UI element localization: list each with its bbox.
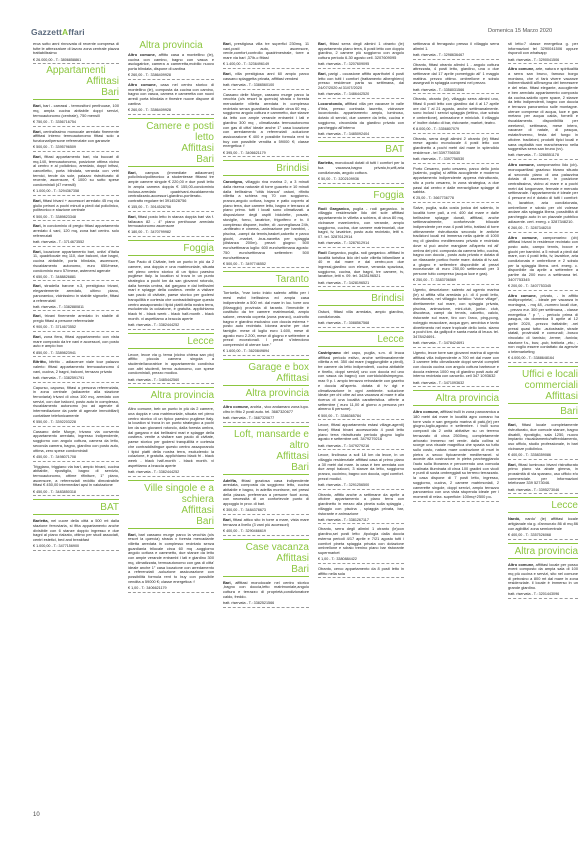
classified-ad: Cassano delle Murge, trivano via convent…: [33, 428, 119, 462]
ad-price-phone: € 1.600,00 - T.: 3620849894: [223, 349, 309, 354]
ad-body: Otranto, fittasi otranto alimini 1 - ang…: [413, 63, 499, 87]
classified-ad: Altro comune, campomarino lido (cb)- mon…: [508, 161, 578, 232]
ad-body: Porto Cesareo, porto cesareo, parco dell…: [413, 167, 499, 195]
section-heading: Camere e posti letto: [128, 118, 214, 143]
column-3: Bari, prestigiosa villa tre superfici 23…: [223, 40, 309, 609]
ad-body: Lecce, fittasi appartamento estasi villa…: [318, 423, 404, 442]
ad-price-phone: tratt. riservata - T.: 3381267117: [318, 518, 404, 523]
ad-text: Garganico, puglia- rodi garganico. affit…: [318, 250, 404, 279]
classified-ad: settimana di ferragosto presso il villag…: [413, 40, 499, 60]
ad-price-phone: € 500,00 - T.: 3497746552: [223, 262, 309, 267]
ad-body: Otranto, serra degli alimini 1 otranto (…: [318, 527, 404, 555]
ad-body: Barletta, monolocali dotati di tutti i c…: [318, 161, 404, 175]
ad-body: Bari, fittasi appartamento bari, via buc…: [33, 155, 119, 188]
ad-body: Altro comune, beb un punto in più da 2 c…: [128, 407, 214, 468]
section-heading: Bari: [33, 87, 119, 100]
ad-price-phone: € 260,00 - T.: 3287348210: [508, 226, 578, 231]
ad-text: affittasi monolocale nel centro storico …: [223, 580, 309, 599]
ad-body: Lecce, lecce via g. tema (vicino chiesa …: [128, 353, 214, 377]
ad-text: fittasi serra degli alimini 1 otranto (l…: [318, 41, 404, 60]
ad-body: Bari, fittasi locale completamente ristr…: [508, 423, 578, 451]
ad-price-phone: € 550,00 - T.: 3392203228: [33, 420, 119, 425]
ad-text: centralissimo monocale arredato finement…: [33, 129, 119, 143]
classified-ad: Bari, in condominio di pregio fittasi ap…: [33, 222, 119, 246]
ad-text: campus (immediate adiacenze) policlinico…: [128, 170, 214, 203]
ad-price-phone: tratt. riservata - T.: 3207609095: [318, 62, 404, 67]
ad-body: Bari, fittasi bivani + accessori arredat…: [33, 199, 119, 213]
classified-ad: Otranto, affitto anche a settimane da ap…: [318, 491, 404, 525]
section-heading: Foggia: [128, 240, 214, 256]
ad-body: settimana di ferragosto presso il villag…: [413, 42, 499, 51]
section-heading: Bari: [128, 516, 214, 529]
ad-price-phone: tratt. riservata - T.: 3358031566: [413, 88, 499, 93]
ad-price-phone: tratt. riservata - T.: 3287612914: [318, 241, 404, 246]
ad-price-phone: € 450,00 - T.: 3498071708: [33, 455, 119, 460]
ad-text: Triggiano, triggiano via bari, ampio tri…: [33, 464, 119, 488]
classified-ad: Altro comune, campomarino (cb) affittasi…: [508, 234, 578, 291]
ad-text: zona fiera, fittasi appartamento con vis…: [33, 334, 119, 348]
classified-ad: Bari, affittasi monolocale nel centro st…: [223, 579, 309, 608]
classified-ad: Lecce, fittasi appartamento estasi villa…: [318, 421, 404, 450]
classified-ad: erca sotto anni rinnovata di recente com…: [33, 40, 119, 64]
ad-body: Altro comune, campomarino lido (cb)- mon…: [508, 163, 578, 224]
ad-body: Torricella, "mar ionio inizio salento af…: [223, 291, 309, 347]
ad-text: Ostuni, fittasi villa arredata, ampio gi…: [318, 309, 404, 319]
column-5: settimana di ferragosto presso il villag…: [413, 40, 499, 503]
ad-body: Altro comune, affitto casa a montellino …: [128, 53, 214, 72]
ad-body: Bari, parigi - occasione affitto apartho…: [318, 72, 404, 91]
ad-text: villaggio riva marina 2, a 3 minuti dall…: [223, 179, 309, 259]
classified-ad: Ugento, lecce torre san giovanni marina …: [413, 349, 499, 387]
ad-text: Otranto, fittasi otranto alimini 1 - ang…: [413, 62, 499, 86]
ad-body: Bari, zona fiera, fittasi appartamento c…: [33, 335, 119, 349]
classified-ad: Castrignano del capo, puglia, s.m. di le…: [318, 349, 404, 420]
classified-ad: Otranto, serra degli alimini 1 otranto (…: [318, 525, 404, 563]
ad-price-phone: € 395,00 - T.: 3406621179: [223, 151, 309, 156]
classified-ad: sti letto:7 classe energetica g. per inf…: [508, 40, 578, 64]
ad-text: del capo, puglia, s.m. di leuca affittas…: [318, 350, 404, 411]
ad-body: Bari, prestigiosa villa tre superfici 23…: [223, 42, 309, 61]
classified-ad: Altro comune, affittasi locale per posso…: [508, 561, 578, 599]
ad-body: Bari, fittasi serra degli alimini 1 otra…: [318, 42, 404, 61]
classified-ad: Locorotondo, affittasi villa per vacanze…: [318, 100, 404, 138]
ad-price-phone: € 200,00 - T.: 3407753345: [508, 284, 578, 289]
ad-body: Bitritto, bitritto - adiacenze viale tou…: [33, 360, 119, 374]
ad-body: Altro comune, andria , vico andamaro zon…: [223, 405, 309, 414]
ad-body: erca sotto anni rinnovata di recente com…: [33, 42, 119, 56]
classified-ad: Altro comune, casa nel centro storico di…: [128, 81, 214, 115]
ad-text: fittasi luminoso bivani ristrutturato pr…: [508, 462, 578, 486]
ad-price-phone: tratt. riservata - T.: 3386560100: [223, 83, 309, 88]
section-heading: Bari: [223, 462, 309, 475]
classified-ad: Bari, fittasi locale completamente ristr…: [508, 421, 578, 459]
ad-body: Barletta, nel cuore della città a 500 mt…: [33, 519, 119, 543]
ad-price-phone: € 1,00 - T.: 3406621179: [128, 586, 214, 591]
ad-body: Castrignano del capo, puglia, s.m. di le…: [318, 351, 404, 412]
ad-text: affittasi villa per vacanze in valle d'i…: [318, 101, 404, 130]
ad-price-phone: tratt. riservata - T.: 3382521566: [223, 601, 309, 606]
ad-price-phone: tratt. riservata - T.: 3382591791: [33, 376, 119, 381]
classified-ad: Otranto, otranto (le), villaggio serra a…: [413, 95, 499, 133]
classified-ad: Bitritto, bitritto - adiacenze viale tou…: [33, 358, 119, 382]
classified-ad: Bari, fittasi attico sito in torre a mar…: [223, 516, 309, 536]
ad-price-phone: € 400,00 - T.: 3290466619: [223, 529, 309, 534]
ad-body: Bari, campus (immediate adiacenze) polic…: [128, 171, 214, 204]
section-heading: BAT: [318, 141, 404, 157]
classified-ad: Altro comune, privato, - in affitto mult…: [508, 292, 578, 363]
ad-body: Rodi Garganico, puglia - rodi garganico.…: [318, 207, 404, 240]
classified-ad: Altro comune, beb un punto in più da 2 c…: [128, 405, 214, 476]
ad-body: Altro comune, campomarino (cb) affittasi…: [508, 236, 578, 283]
ad-text: Ugento, lecce torre san giovanni marina …: [413, 350, 499, 379]
section-heading: Garage e box: [223, 359, 309, 373]
section-heading: Altra provincia: [413, 390, 499, 406]
classified-ad: Capurso, capurso, fittasi a persona refe…: [33, 384, 119, 427]
ad-price-phone: tratt. riservata - T.: 3486442520: [318, 92, 404, 97]
ad-body: Adelfia, fittasi graziosa casa indipende…: [223, 479, 309, 507]
classified-ad: Otranto, cerco appartamento da 8 posti l…: [318, 565, 404, 578]
ad-body: Ugento, lecce torre san giovanni marina …: [413, 351, 499, 379]
classified-ad: Otranto, serra degli alimini 2 otranto (…: [413, 135, 499, 164]
classified-ad: Bari, fittasi posto letto in stanza dopp…: [128, 213, 214, 237]
ad-price-phone: tratt. riservata - T.: 3088567568: [318, 321, 404, 326]
ad-body: Bari, in condominio di pregio fittasi ap…: [33, 224, 119, 238]
classified-ad: Cassano delle Murge, cassano murge parco…: [223, 91, 309, 158]
classified-ad: Bari, zona fiera, fittasi appartamento c…: [33, 333, 119, 357]
ad-body: Nardò, nardo' (le) affittasi locale arti…: [508, 517, 578, 531]
classified-ad: Carovigno, villaggio riva marina 2, a 3 …: [223, 178, 309, 268]
ad-price-phone: tratt. riservata - T.: 3298636467: [413, 53, 499, 58]
ad-text: Ugento, descrizione: salento ad ugento m…: [413, 287, 499, 339]
ad-body: Lecce, lindinuso a soli 18 km da lecce, …: [318, 453, 404, 481]
ad-body: Bari, locazione appartamento bari, unita…: [33, 250, 119, 274]
section-heading: Altra provincia: [128, 387, 214, 403]
ad-text: privato, - in affitto multiproprieta', -…: [508, 293, 578, 354]
section-heading: Affittasi: [223, 373, 309, 386]
ad-price-phone: tratt. riservata - T.: 3290041506: [508, 58, 578, 63]
logo-text-pre: Gazzett: [31, 27, 62, 37]
section-heading: Appartamenti: [33, 65, 119, 76]
ad-price-phone: tratt. riservata - T.: 3485092404: [318, 132, 404, 137]
ad-body: Bari, trivani finemente arredato in stab…: [33, 314, 119, 323]
section-heading: Altra provincia: [223, 388, 309, 401]
ad-text: prestigiosa villa tre superfici 230mq, 1…: [223, 41, 309, 60]
ad-text: bari cassano murge parco la vecchia (o/s…: [128, 532, 214, 584]
section-heading: Taranto: [223, 271, 309, 287]
column-1: erca sotto anni rinnovata di recente com…: [33, 40, 119, 552]
ad-text: settimana di ferragosto presso il villag…: [413, 41, 499, 51]
ad-price-phone: € 250,00 - T.: 3383706569: [413, 278, 499, 283]
section-heading: BAT: [33, 499, 119, 515]
ad-price-phone: € 8.000,00 - T.: 3356807079: [413, 127, 499, 132]
ad-body: Altro comune, privato, - in affitto mult…: [508, 294, 578, 355]
ad-price-phone: € 500,00 - T.: 3389823348: [33, 215, 119, 220]
classified-ad: Bari, centralissimo monocale arredato fi…: [33, 128, 119, 152]
ad-body: Altro comune, casa nel centro storico di…: [128, 83, 214, 107]
ad-text: Lecce, fittasi appartamento estasi villa…: [318, 422, 404, 441]
classified-ad: Otranto, fittasi otranto alimini 1 - ang…: [413, 61, 499, 95]
classified-ad: Bari, prestigiosa villa tre superfici 23…: [223, 40, 309, 69]
ad-price-phone: € 260,00 - T.: 3386409928: [128, 73, 214, 78]
section-heading: Bari: [223, 564, 309, 577]
ad-body: Otranto, serra degli alimini 2 otranto (…: [413, 137, 499, 156]
ad-text: locazione appartamento bari, unita' d'it…: [33, 249, 119, 273]
ad-price-phone: € 1.400,00 - T.: 3236496149: [223, 62, 309, 67]
ad-body: Salve, puglia, sulla costa jonica del sa…: [413, 206, 499, 277]
ad-body: Cassano delle Murge, cassano murge parco…: [223, 93, 309, 149]
ad-body: Ugento, descrizione: salento ad ugento m…: [413, 288, 499, 340]
ad-price-phone: tratt. riservata - T.: 3201443096: [508, 592, 578, 597]
classified-ad: Rodi Garganico, puglia- rodi garganico. …: [318, 249, 404, 287]
ad-text: stradella barone n.3, prestigioso trivan…: [33, 283, 119, 302]
ad-body: Bari, fittasi luminoso bivani ristruttur…: [508, 463, 578, 487]
ad-text: parigi - occasione affitto aparthotel 4 …: [318, 71, 404, 90]
section-heading: Affittasi: [128, 505, 214, 516]
ad-price-phone: tratt. riservata - T.: 3382444252: [128, 323, 214, 328]
ad-body: Bari, affittasi monolocale nel centro st…: [223, 581, 309, 600]
ad-body: Otranto, cerco appartamento da 8 posti l…: [318, 567, 404, 576]
section-heading: Loft, mansarde e altro: [223, 426, 309, 451]
ad-body: Altro comune, affittasi trulli in zona p…: [413, 410, 499, 499]
ad-text: Altro comune, beb un punto in più da 2 c…: [128, 406, 214, 467]
ad-price-phone: € 180,00 - T.: 3470799982: [128, 230, 214, 235]
section-heading: Brindisi: [318, 290, 404, 306]
ad-text: sti letto:7 classe energetica g. per inf…: [508, 41, 578, 55]
section-heading: Affittasi: [33, 76, 119, 87]
classified-ad: Salve, puglia, sulla costa jonica del sa…: [413, 204, 499, 285]
ad-price-phone: € 260,00 - T.: 3386409928: [128, 108, 214, 113]
classified-ad: Bari, stradella barone n.3, prestigioso …: [33, 282, 119, 311]
ad-price-phone: € 26.000,00 - T.: 3806858861: [33, 58, 119, 63]
ad-body: Bari, fittasi attico sito in torre a mar…: [223, 518, 309, 527]
section-heading: Affittasi: [508, 391, 578, 404]
ad-text: Lecce, lindinuso a soli 18 km da lecce, …: [318, 452, 404, 481]
ad-price-phone: € 900,00 - T.: 3714673552: [33, 325, 119, 330]
ad-body: sti letto:7 classe energetica g. per inf…: [508, 42, 578, 56]
ad-text: fittasi bivani + accessori arredato 45 m…: [33, 198, 119, 212]
logo-text-post: ffari: [68, 27, 85, 37]
classified-ad: Porto Cesareo, porto cesareo, parco dell…: [413, 165, 499, 203]
ad-body: Triggiano, triggiano via bari, ampio tri…: [33, 465, 119, 489]
ad-price-phone: € 1.000,00 - T.: 3294367358: [33, 189, 119, 194]
ad-body: Otranto, affitto anche a settimane da ap…: [318, 493, 404, 517]
classified-ad: Bari, fittasi bivani + accessori arredat…: [33, 197, 119, 221]
classified-ad: Triggiano, triggiano via bari, ampio tri…: [33, 463, 119, 497]
ad-price-phone: tratt. riservata - T.: 3471093632: [413, 381, 499, 386]
ad-body: Cassano delle Murge, trivano via convent…: [33, 430, 119, 454]
ad-text: arte, natura e spiritualità a serra san …: [508, 66, 578, 151]
ad-text: erca sotto anni rinnovata di recente com…: [33, 41, 119, 55]
ad-text: campomarino (cb) affittasi bivani in res…: [508, 235, 578, 282]
section-heading: Altra provincia: [508, 543, 578, 559]
ad-price-phone: tratt. riservata - T.: 3397756530: [413, 157, 499, 162]
ad-text: bari - carrassi - termosifoni penthouse,…: [33, 103, 119, 117]
classified-ad: Nardò, nardo' (le) affittasi locale arti…: [508, 515, 578, 539]
classified-ad: Bari, bari cassano murge parco la vecchi…: [128, 531, 214, 593]
ad-body: Bari, bari cassano murge parco la vecchi…: [128, 533, 214, 585]
classified-ad: Torricella, "mar ionio inizio salento af…: [223, 289, 309, 356]
column-2: Altra provinciaAltro comune, affitto cas…: [128, 40, 214, 594]
classified-ad: Bari, trivani finemente arredato in stab…: [33, 312, 119, 332]
ad-price-phone: € 450,00 - T.: 3483850318: [33, 490, 119, 495]
ad-text: Cassano delle Murge, trivano via convent…: [33, 429, 119, 453]
classified-ad: Bari, fittasi luminoso bivani ristruttur…: [508, 461, 578, 495]
ad-text: affittasi trulli in zona panoramica a 18…: [413, 409, 499, 499]
classified-ad: Altro comune, andria , vico andamaro zon…: [223, 403, 309, 423]
section-heading: Bari: [508, 406, 578, 419]
classified-ad: Altro comune, affitto casa a montellino …: [128, 51, 214, 80]
ad-body: Bari, bari - carrassi - termosifoni pent…: [33, 104, 119, 118]
ad-text: fittasi posto letto in stanza doppia bar…: [128, 214, 214, 228]
classified-ad: Bari, locazione appartamento bari, unita…: [33, 248, 119, 282]
ad-body: Otranto, otranto (le), villaggio serra a…: [413, 97, 499, 125]
classified-ad: Ugento, descrizione: salento ad ugento m…: [413, 286, 499, 348]
ad-text: trivani finemente arredato in stabile di…: [33, 313, 119, 323]
ad-text: Cassano delle Murge, cassano murge parco…: [223, 92, 309, 149]
page-number: 10: [33, 812, 40, 818]
section-heading: Foggia: [318, 187, 404, 203]
ad-text: fittasi locale completamente ristruttura…: [508, 422, 578, 451]
section-heading: Uffici e locali commerciali: [508, 366, 578, 391]
ad-price-phone: € 50,00 - T.: 3202109936: [318, 177, 404, 182]
ad-body: Rodi Garganico, puglia- rodi garganico. …: [318, 251, 404, 279]
ad-price-phone: € 850,00 - T.: 3389823941: [33, 351, 119, 356]
ad-text: Otranto, otranto (le), villaggio serra a…: [413, 96, 499, 125]
classified-ad: Bari, campus (immediate adiacenze) polic…: [128, 169, 214, 212]
ad-price-phone: tratt. riservata - T.: 3291256500: [318, 483, 404, 488]
ad-price-phone: € 500,00 - T.: 3395796509: [33, 145, 119, 150]
ad-text: puglia - rodi garganico. in villaggio re…: [318, 206, 404, 239]
classified-ad: Lecce, lindinuso a soli 18 km da lecce, …: [318, 451, 404, 489]
section-heading: Bari: [128, 154, 214, 167]
ad-text: Otranto, affitto anche a settimane da ap…: [318, 492, 404, 516]
classified-ad: Bari, bari - carrassi - termosifoni pent…: [33, 102, 119, 126]
ad-text: villa prestigiosa anni 60 ampio parco ca…: [223, 71, 309, 81]
ad-text: fittasi graziosa casa indipendente arred…: [223, 478, 309, 507]
ad-price-phone: € 750,00 - T.: 3356716754: [33, 120, 119, 125]
ad-text: in condominio di pregio fittasi appartam…: [33, 223, 119, 237]
classified-ad: Barletta, monolocali dotati di tutti i c…: [318, 159, 404, 183]
ad-price-phone: € 25,00 - T.: 3667736778: [413, 196, 499, 201]
classified-ad: Adelfia, fittasi graziosa casa indipende…: [223, 477, 309, 515]
ad-body: Altro comune, arte, natura e spiritualit…: [508, 67, 578, 152]
ad-price-phone: tratt. riservata - T.: 3479279216: [318, 444, 404, 449]
publication-logo: GazzettAffari: [31, 27, 85, 37]
ad-text: San Paolo di Civitate, beb un punto in p…: [128, 259, 214, 320]
classified-ad: Bari, parigi - occasione affitto apartho…: [318, 70, 404, 99]
issue-date: Domenica 15 Marzo 2020: [488, 28, 552, 34]
section-heading: Brindisi: [223, 160, 309, 176]
classified-ad: Altro comune, affittasi trulli in zona p…: [413, 408, 499, 501]
classified-ad: Bari, fittasi appartamento bari, via buc…: [33, 153, 119, 196]
ad-text: Otranto, serra degli alimini 1 otranto (…: [318, 526, 404, 555]
section-heading: Affittasi: [128, 143, 214, 154]
ad-price-phone: tratt. riservata - T.: 3382444252: [128, 470, 214, 475]
ad-price-phone: € 400,00 - T.: 3358359086: [508, 453, 578, 458]
ad-text: campomarino lido (cb)- monoquartilasi gr…: [508, 162, 578, 223]
section-heading: Altra provincia: [128, 40, 214, 51]
section-heading: Lecce: [508, 497, 578, 513]
ad-price-phone: € 500,00 - T.: 3386365784: [318, 414, 404, 419]
classified-ad: Ostuni, fittasi villa arredata, ampio gi…: [318, 308, 404, 328]
ad-price-phone: € 650,00 - T.: 3488826881: [33, 275, 119, 280]
column-4: Bari, fittasi serra degli alimini 1 otra…: [318, 40, 404, 579]
ad-text: Lecce, lecce via g. tema (vicino chiesa …: [128, 352, 214, 376]
ad-price-phone: € 300,00 - T.: 3484378673: [223, 508, 309, 513]
ad-text: Capurso, capurso, fittasi a persona refe…: [33, 385, 119, 418]
classified-ad: Bari, villa prestigiosa anni 60 ampio pa…: [223, 70, 309, 90]
ad-text: Otranto, cerco appartamento da 8 posti l…: [318, 566, 404, 576]
classified-ad: Lecce, lecce via g. tema (vicino chiesa …: [128, 351, 214, 385]
ad-body: Bari, fittasi posto letto in stanza dopp…: [128, 215, 214, 229]
column-6: sti letto:7 classe energetica g. per inf…: [508, 40, 578, 600]
ad-price-phone: € 1,00 - T.: 3380884422: [318, 557, 404, 562]
ad-price-phone: tratt. riservata - T.: 3687320677: [223, 416, 309, 421]
section-heading: Case vacanza: [223, 539, 309, 553]
ad-price-phone: tratt. riservata - T.: 3395273046: [508, 488, 578, 493]
ad-text: affittasi locale per posso event compost…: [508, 562, 578, 591]
ad-body: Locorotondo, affittasi villa per vacanze…: [318, 102, 404, 130]
section-heading: Lecce: [318, 331, 404, 347]
ad-text: Porto Cesareo, porto cesareo, parco dell…: [413, 166, 499, 195]
ad-price-phone: tratt. riservata - T.: 3714673552: [33, 240, 119, 245]
ad-body: Carovigno, villaggio riva marina 2, a 3 …: [223, 180, 309, 260]
ad-body: Altro comune, affittasi locale per posso…: [508, 563, 578, 591]
classified-ad: Altro comune, arte, natura e spiritualit…: [508, 65, 578, 160]
ad-text: fittasi attico sito in torre a mare, vis…: [223, 517, 309, 527]
ad-body: Ostuni, fittasi villa arredata, ampio gi…: [318, 310, 404, 319]
ad-text: Salve, puglia, sulla costa jonica del sa…: [413, 205, 499, 276]
ad-text: fittasi appartamento bari, via buccari d…: [33, 154, 119, 187]
ad-price-phone: € 1.000,00 - T.: 3477156900: [33, 544, 119, 549]
ad-text: Torricella, "mar ionio inizio salento af…: [223, 290, 309, 347]
ad-body: Bari, centralissimo monocale arredato fi…: [33, 130, 119, 144]
ad-price-phone: € 4.000,00 - T.: 3388648164: [508, 356, 578, 361]
ad-text: Otranto, serra degli alimini 2 otranto (…: [413, 136, 499, 155]
ad-body: Bari, stradella barone n.3, prestigioso …: [33, 284, 119, 303]
ad-price-phone: tratt. riservata - T.: 3478424691: [413, 341, 499, 346]
classified-ad: San Paolo di Civitate, beb un punto in p…: [128, 258, 214, 329]
ad-price-phone: € 155,00 - T.: 3914528756: [128, 205, 214, 210]
section-heading: Affittasi: [223, 553, 309, 564]
ad-body: San Paolo di Civitate, beb un punto in p…: [128, 260, 214, 321]
ad-price-phone: € 400,00 - T.: 3357526068: [508, 533, 578, 538]
section-heading: Ville singole e a schiera: [128, 480, 214, 505]
classified-ad: Bari, fittasi serra degli alimini 1 otra…: [318, 40, 404, 69]
ad-body: Bari, villa prestigiosa anni 60 ampio pa…: [223, 72, 309, 81]
section-heading: Lecce: [128, 333, 214, 349]
ad-price-phone: tratt. riservata - T.: 3485442560: [128, 378, 214, 383]
ad-price-phone: tratt. riservata - T.: 3382880811: [33, 305, 119, 310]
ad-price-phone: tratt. riservata - T.: 3286551178: [508, 153, 578, 158]
ad-body: Capurso, capurso, fittasi a persona refe…: [33, 386, 119, 419]
classified-ad: Barletta, nel cuore della città a 500 mt…: [33, 517, 119, 551]
ad-price-phone: tratt. riservata - T.: 3428196521: [318, 281, 404, 286]
classified-ad: Rodi Garganico, puglia - rodi garganico.…: [318, 205, 404, 248]
section-heading: Affittasi: [223, 451, 309, 462]
